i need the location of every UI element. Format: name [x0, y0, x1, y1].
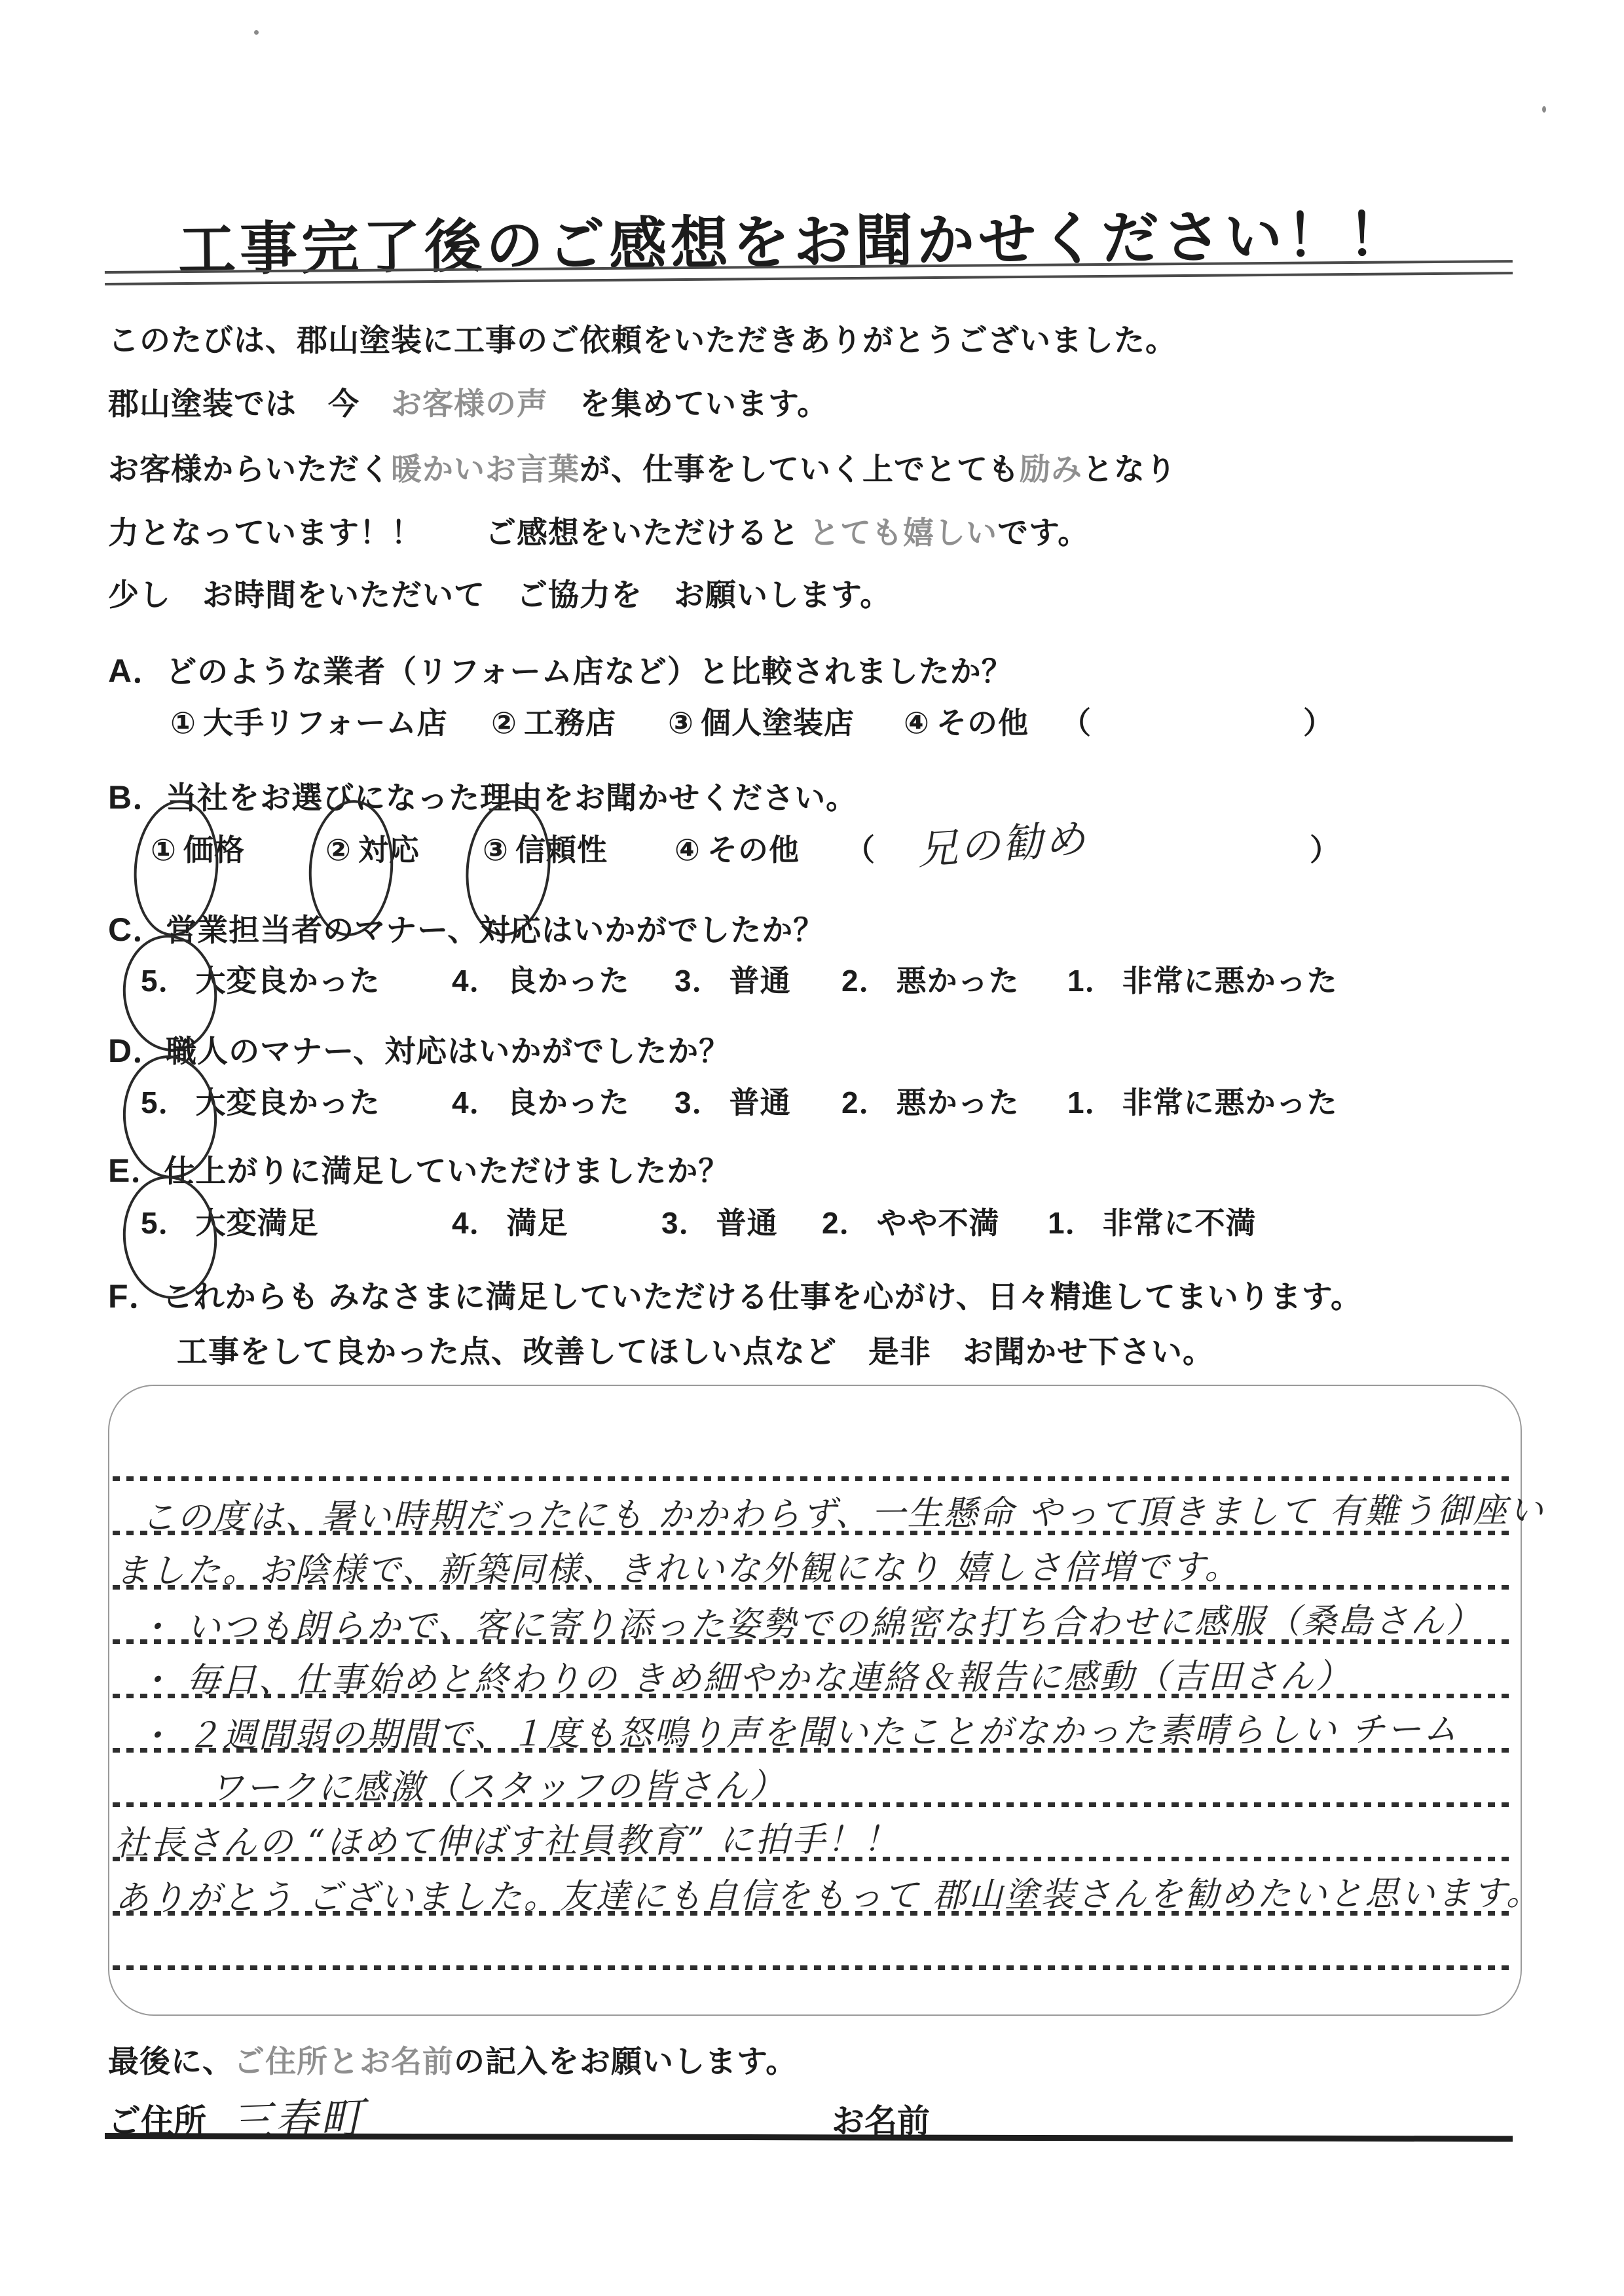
option-number: 4．: [452, 1085, 500, 1120]
footer-highlight-address-name: ご住所とお名前: [234, 2044, 454, 2079]
option-c-1: 1．非常に悪かった: [1067, 957, 1338, 1000]
option-e-4: 4．満足: [452, 1199, 568, 1243]
option-label: その他: [936, 706, 1029, 740]
intro-text: 少し お時間をいただいて ご協力を お願いします。: [108, 577, 891, 612]
intro-highlight-encouragement: 励み: [1020, 452, 1082, 486]
paren-open: （: [1061, 699, 1091, 742]
footer-text: の記入をお願いします。: [454, 2044, 797, 2079]
option-number: ①: [170, 706, 196, 740]
option-label: 非常に悪かった: [1122, 964, 1338, 998]
option-label: 非常に悪かった: [1122, 1085, 1338, 1120]
intro-text: が、仕事をしていく上でとても: [580, 452, 1020, 486]
handwritten-comment-line: ・ いつも朗らかで、客に寄り添った姿勢での綿密な打ち合わせに感服（桑島さん）: [138, 1593, 1483, 1649]
intro-highlight-warm-words: 暖かいお言葉: [391, 452, 580, 486]
option-d-2: 2．悪かった: [841, 1079, 1020, 1122]
option-a-2: ②工務店: [491, 699, 616, 742]
option-number: ②: [491, 706, 517, 740]
option-number: 4．: [452, 964, 500, 998]
handwritten-comment-line: ・ 毎日、仕事始めと終わりの きめ細やかな連絡＆報告に感動（吉田さん）: [138, 1649, 1352, 1702]
option-a-1: ①大手リフォーム店: [170, 699, 448, 742]
handwritten-comment-line: ました。お陰様で、新築同様、きれいな外観になり 嬉しさ倍増です。: [115, 1539, 1241, 1592]
option-number: 4．: [452, 1206, 500, 1240]
option-b-4: ④その他: [674, 826, 800, 869]
option-c-4: 4．良かった: [452, 957, 630, 1000]
option-label: 大手リフォーム店: [203, 706, 448, 740]
handwritten-address: 三春町: [228, 2083, 365, 2149]
intro-text: このたびは、郡山塗装に工事のご依頼をいただきありがとうございました。: [108, 323, 1177, 357]
paren-close: ）: [1310, 826, 1340, 869]
option-label: その他: [707, 833, 800, 867]
intro-text: を集めています。: [548, 386, 828, 421]
option-label: 非常に不満: [1103, 1206, 1257, 1240]
question-a-text: どのような業者（リフォーム店など）と比較されましたか？: [166, 654, 1013, 689]
option-label: 普通: [716, 1206, 778, 1240]
option-e-3: 3．普通: [661, 1199, 778, 1243]
scanned-survey-page: 工事完了後のご感想をお聞かせください！！ このたびは、郡山塗装に工事のご依頼をい…: [0, 0, 1624, 2296]
option-a-4: ④その他: [904, 699, 1029, 742]
question-d-text: 職人のマナー、対応はいかがでしたか？: [166, 1034, 730, 1068]
intro-line-4: 力となっています！！ ご感想をいただけると とても嬉しいです。: [108, 509, 1089, 553]
option-d-1: 1．非常に悪かった: [1067, 1079, 1338, 1122]
option-label: 満足: [507, 1206, 568, 1240]
question-c-text: 営業担当者のマナー、対応はいかがでしたか？: [166, 913, 824, 947]
option-e-2: 2．やや不満: [822, 1199, 1000, 1243]
option-label: 普通: [729, 1085, 791, 1120]
question-f-text-2: 工事をして良かった点、改善してほしい点など 是非 お聞かせ下さい。: [177, 1334, 1214, 1369]
question-e-text: 仕上がりに満足していただけましたか？: [164, 1154, 729, 1188]
option-number: ③: [668, 706, 694, 740]
intro-text: です。: [997, 515, 1089, 550]
option-number: 1．: [1067, 964, 1116, 998]
option-number: 1．: [1048, 1206, 1096, 1240]
option-d-4: 4．良かった: [452, 1079, 630, 1122]
option-label: 良かった: [507, 964, 630, 998]
handwritten-comment-line: ありがとう ございました。友達にも自信をもって 郡山塗装さんを勧めたいと思います…: [115, 1865, 1542, 1920]
option-label: 大変良かった: [196, 964, 380, 998]
option-label: 個人塗装店: [701, 706, 855, 740]
option-number: ④: [674, 833, 701, 867]
option-label: 悪かった: [896, 1085, 1020, 1120]
footer-text: 最後に、: [108, 2044, 234, 2079]
intro-text: お客様からいただく: [108, 452, 391, 486]
handwritten-comment-line: ワークに感激（スタッフの皆さん）: [210, 1758, 786, 1809]
intro-text: となり: [1082, 452, 1177, 486]
handwritten-comment-line: この度は、暑い時期だったにも かかわらず、一生懸命 やって頂きまして 有難う御座…: [141, 1482, 1545, 1539]
footer-instruction: 最後に、ご住所とお名前の記入をお願いします。: [108, 2037, 797, 2081]
paren-open: （: [845, 826, 875, 869]
question-a-letter: A．: [108, 645, 166, 692]
option-number: ④: [904, 706, 930, 740]
intro-line-3: お客様からいただく暖かいお言葉が、仕事をしていく上でとても励みとなり: [108, 445, 1177, 489]
intro-highlight-very-happy: とても嬉しい: [809, 515, 997, 550]
intro-line-5: 少し お時間をいただいて ご協力を お願いします。: [108, 571, 891, 615]
intro-text: 郡山塗装では 今: [108, 386, 391, 421]
paren-close: ）: [1303, 699, 1333, 742]
option-c-2: 2．悪かった: [841, 957, 1020, 1000]
option-number: 3．: [661, 1206, 710, 1240]
option-d-3: 3．普通: [674, 1079, 791, 1122]
question-f-text-1: これからも みなさまに満足していただける仕事を心がけ、日々精進してまいります。: [162, 1279, 1362, 1314]
option-number: 1．: [1067, 1085, 1116, 1120]
scan-speck: [254, 30, 259, 35]
option-number: 2．: [822, 1206, 870, 1240]
option-label: 良かった: [507, 1085, 630, 1120]
intro-highlight-customer-voice: お客様の声: [391, 386, 548, 421]
question-f-letter: F．: [108, 1270, 162, 1317]
option-e-1: 1．非常に不満: [1048, 1199, 1257, 1243]
option-label: 普通: [729, 964, 791, 998]
handwritten-comment-line: 社長さんの “ほめて伸ばす社員教育” に拍手！！: [115, 1812, 900, 1865]
option-label: 工務店: [524, 706, 616, 740]
writing-guide-line: [113, 1476, 1515, 1481]
option-label: 大変良かった: [196, 1085, 380, 1120]
intro-line-1: このたびは、郡山塗装に工事のご依頼をいただきありがとうございました。: [108, 316, 1177, 360]
option-number: 2．: [841, 964, 890, 998]
option-label: 悪かった: [896, 964, 1020, 998]
intro-line-2: 郡山塗装では 今 お客様の声 を集めています。: [108, 380, 828, 424]
option-c-3: 3．普通: [674, 957, 791, 1000]
handwritten-comment-line: ・ ２週間弱の期間で、１度も怒鳴り声を聞いたことがなかった素晴らしい チーム: [138, 1702, 1459, 1758]
option-number: 3．: [674, 964, 723, 998]
option-label: やや不満: [877, 1206, 1000, 1240]
handwritten-answer-b: 兄の勧め: [915, 806, 1089, 876]
intro-text: 力となっています！！ ご感想をいただけると: [108, 515, 809, 550]
option-number: 3．: [674, 1085, 723, 1120]
scan-speck: [1542, 106, 1546, 113]
option-number: 2．: [841, 1085, 890, 1120]
writing-guide-line: [113, 1965, 1515, 1970]
option-a-3: ③個人塗装店: [668, 699, 855, 742]
